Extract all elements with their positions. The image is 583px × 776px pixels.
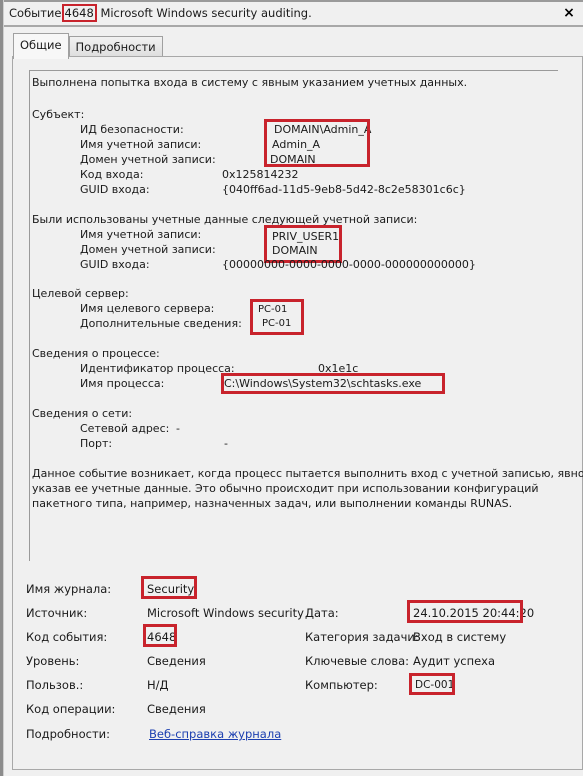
level-label: Уровень:	[26, 654, 79, 668]
target-server-info-label: Дополнительные сведения:	[80, 317, 242, 330]
network-heading: Сведения о сети:	[32, 407, 132, 420]
computer-label: Компьютер:	[305, 678, 378, 692]
highlight-box-log-name	[141, 576, 197, 599]
title-suffix: Microsoft Windows security auditing.	[100, 6, 311, 20]
subject-account-name-label: Имя учетной записи:	[80, 138, 201, 151]
general-panel: Выполнена попытка входа в систему с явны…	[12, 56, 583, 770]
title-separator	[4, 25, 583, 27]
description-footer-line-1: Данное событие возникает, когда процесс …	[32, 467, 583, 480]
credentials-account-name-label: Имя учетной записи:	[80, 228, 201, 241]
subject-security-id-label: ИД безопасности:	[80, 123, 184, 136]
process-name-label: Имя процесса:	[80, 377, 164, 390]
highlight-box-target-server	[250, 299, 304, 335]
opcode-value: Сведения	[147, 702, 206, 716]
keywords-label: Ключевые слова:	[305, 654, 409, 668]
description-footer-line-2: указав ее учетные данные. Это обычно про…	[32, 482, 539, 495]
tab-general[interactable]: Общие	[13, 33, 69, 59]
tab-bar: Общие Подробности	[13, 34, 163, 56]
highlight-box-process	[221, 373, 445, 394]
target-server-name-label: Имя целевого сервера:	[80, 302, 214, 315]
description-footer-line-3: пакетного типа, например, назначенных за…	[32, 497, 512, 510]
keywords-value: Аудит успеха	[413, 654, 495, 668]
network-port-value: -	[224, 437, 228, 450]
subject-logon-guid-value: {040ff6ad-11d5-9eb8-5d42-8c2e58301c6c}	[222, 183, 466, 196]
credentials-heading: Были использованы учетные данные следующ…	[32, 213, 417, 226]
process-id-label: Идентификатор процесса:	[80, 362, 235, 375]
details-label: Подробности:	[26, 727, 110, 741]
opcode-label: Код операции:	[26, 702, 115, 716]
source-value: Microsoft Windows security	[147, 606, 304, 620]
level-value: Сведения	[147, 654, 206, 668]
task-category-value: Вход в систему	[413, 630, 506, 644]
credentials-logon-guid-label: GUID входа:	[80, 258, 150, 271]
credentials-account-domain-label: Домен учетной записи:	[80, 243, 216, 256]
description-intro: Выполнена попытка входа в систему с явны…	[32, 76, 467, 89]
process-heading: Сведения о процессе:	[32, 347, 160, 360]
close-icon[interactable]: ×	[561, 5, 577, 21]
tab-details[interactable]: Подробности	[69, 36, 163, 58]
subject-logon-id-value: 0x125814232	[222, 168, 299, 181]
highlight-box-event-code	[143, 624, 177, 647]
highlight-box-date	[407, 600, 523, 623]
event-description: Выполнена попытка входа в систему с явны…	[29, 70, 558, 561]
highlight-box-computer	[409, 673, 455, 695]
user-label: Пользов.:	[26, 678, 83, 692]
date-label: Дата:	[305, 606, 339, 620]
subject-account-domain-label: Домен учетной записи:	[80, 153, 216, 166]
network-address-label: Сетевой адрес:	[80, 422, 169, 435]
source-label: Источник:	[26, 606, 87, 620]
event-log-help-link[interactable]: Веб-справка журнала	[149, 727, 281, 741]
credentials-logon-guid-value: {00000000-0000-0000-0000-000000000000}	[222, 258, 476, 271]
subject-heading: Субъект:	[32, 108, 84, 121]
title-prefix: Событие	[9, 6, 62, 20]
event-code-label: Код события:	[26, 630, 107, 644]
subject-logon-guid-label: GUID входа:	[80, 183, 150, 196]
network-address-value: -	[176, 422, 180, 435]
title-event-id: 4648	[62, 4, 97, 22]
log-name-label: Имя журнала:	[26, 582, 111, 596]
window-title: Событие4648 Microsoft Windows security a…	[9, 6, 312, 20]
target-server-heading: Целевой сервер:	[32, 287, 129, 300]
task-category-label: Категория задачи:	[305, 630, 419, 644]
highlight-box-subject	[264, 119, 370, 167]
subject-logon-id-label: Код входа:	[80, 168, 143, 181]
network-port-label: Порт:	[80, 437, 112, 450]
user-value: Н/Д	[147, 678, 169, 692]
title-bar: Событие4648 Microsoft Windows security a…	[4, 2, 583, 24]
window-frame-left-inner	[3, 0, 4, 776]
